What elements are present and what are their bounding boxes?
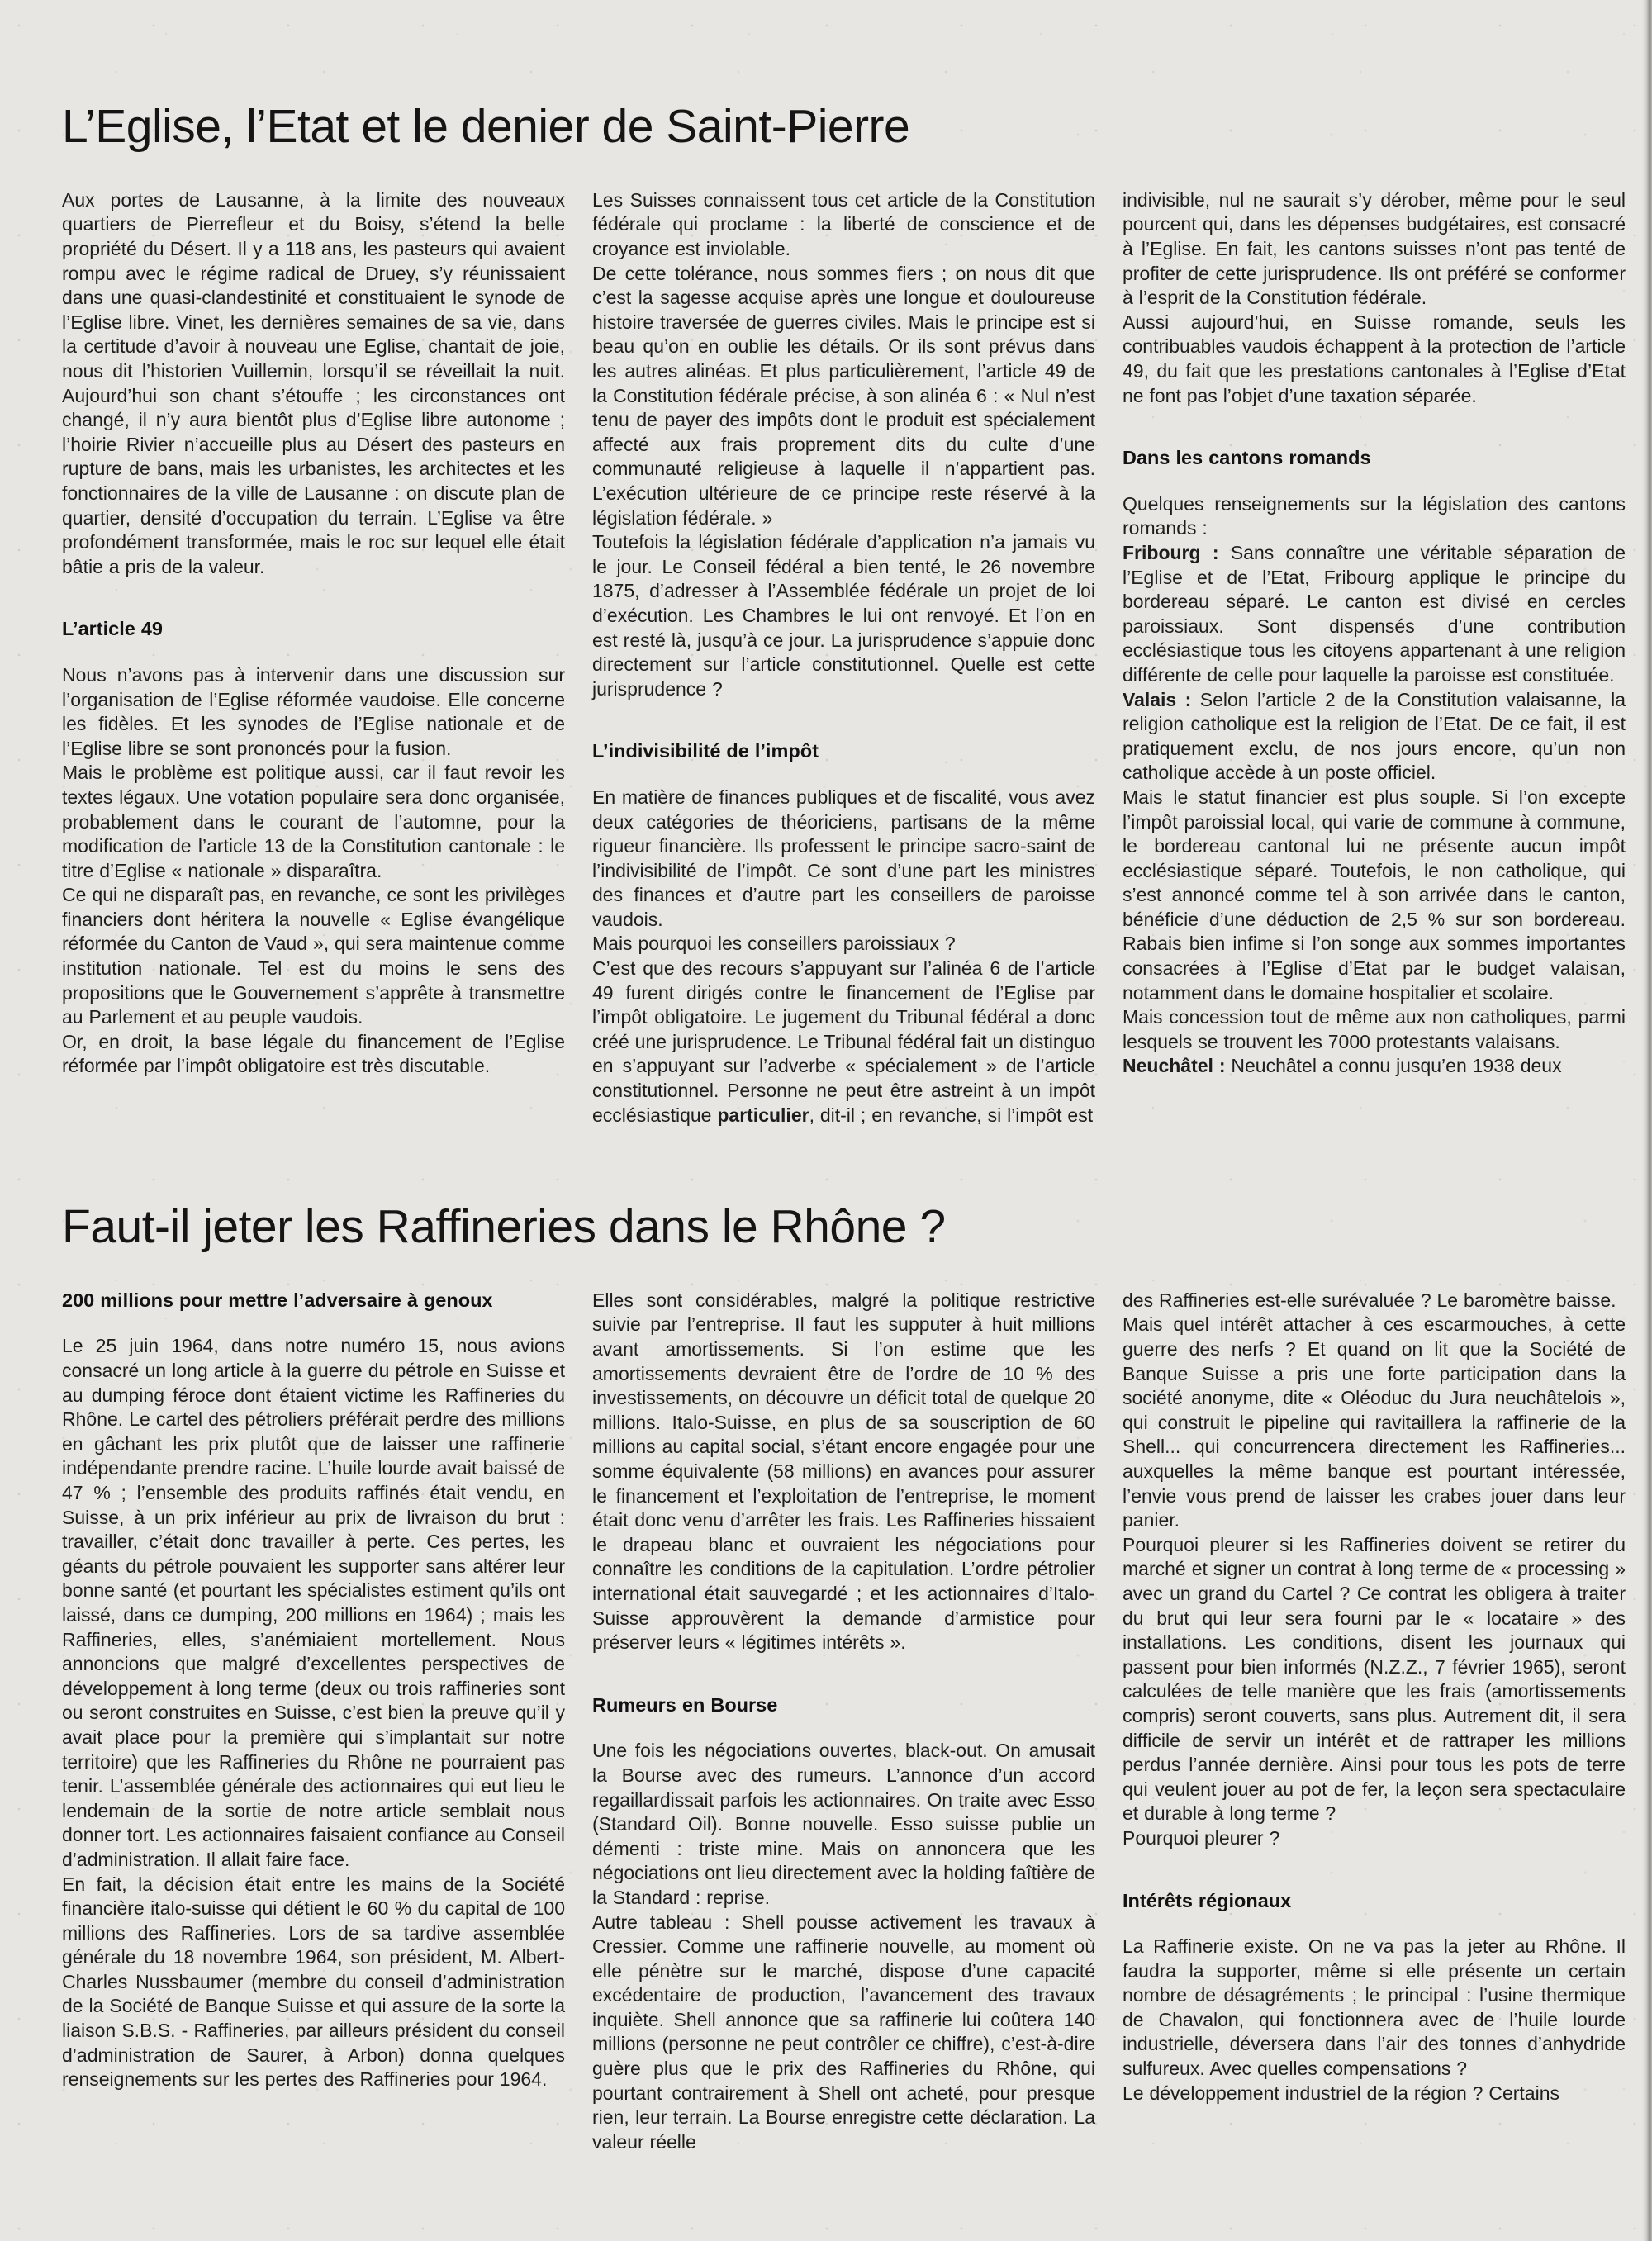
paragraph: Mais pourquoi les conseillers paroissiau… [592,932,1095,957]
body-text: C’est que des recours s’appuyant sur l’a… [592,957,1095,1126]
paragraph: C’est que des recours s’appuyant sur l’a… [592,957,1095,1128]
body-text: En matière de finances publiques et de f… [592,786,1095,930]
paragraph: Pourquoi pleurer ? [1123,1826,1626,1851]
paragraph: Les Suisses connaissent tous cet article… [592,188,1095,262]
paragraph: Une fois les négociations ouvertes, blac… [592,1739,1095,1910]
paragraph: Nous n’avons pas à intervenir dans une d… [62,663,565,761]
paragraph: Autre tableau : Shell pousse activement … [592,1911,1095,2155]
body-text: Selon l’article 2 de la Constitution val… [1123,689,1626,784]
bold-text: Fribourg : [1123,542,1219,563]
body-text: Le développement industriel de la région… [1123,2082,1559,2104]
paragraph: Neuchâtel : Neuchâtel a connu jusqu’en 1… [1123,1054,1626,1079]
paragraph: La Raffinerie existe. On ne va pas la je… [1123,1935,1626,2082]
body-text: indivisible, nul ne saurait s’y dérober,… [1123,189,1626,308]
paragraph: En matière de finances publiques et de f… [592,786,1095,933]
body-text: Or, en droit, la base légale du financem… [62,1031,565,1077]
paragraph: indivisible, nul ne saurait s’y dérober,… [1123,188,1626,311]
body-text: Les Suisses connaissent tous cet article… [592,189,1095,259]
paragraph: Aux portes de Lausanne, à la limite des … [62,188,565,580]
paragraph: Mais concession tout de même aux non cat… [1123,1005,1626,1054]
body-text: Ce qui ne disparaît pas, en revanche, ce… [62,884,565,1028]
section-heading: Intérêts régionaux [1123,1889,1626,1914]
body-text: Neuchâtel a connu jusqu’en 1938 deux [1225,1055,1561,1076]
body-text: De cette tolérance, nous sommes fiers ; … [592,263,1095,529]
text-column: indivisible, nul ne saurait s’y dérober,… [1123,188,1626,1128]
bold-text: particulier [717,1104,809,1126]
section-heading: 200 millions pour mettre l’adversaire à … [62,1289,565,1313]
body-text: Elles sont considérables, malgré la poli… [592,1289,1095,1653]
article-0-columns: Aux portes de Lausanne, à la limite des … [62,188,1626,1128]
bold-text: Valais : [1123,689,1191,710]
section-heading: L’indivisibilité de l’impôt [592,739,1095,764]
body-text: Quelques renseignements sur la législati… [1123,493,1626,539]
section-heading: Dans les cantons romands [1123,446,1626,471]
scan-edge-shadow [1642,0,1652,2241]
paragraph: Aussi aujourd’hui, en Suisse romande, se… [1123,311,1626,408]
article-raffineries-rhone: Faut-il jeter les Raffineries dans le Rh… [62,1203,1626,2154]
paragraph: Or, en droit, la base légale du financem… [62,1030,565,1079]
newspaper-page: L’Eglise, l’Etat et le denier de Saint-P… [0,0,1652,2241]
paragraph: Pourquoi pleurer si les Raffineries doiv… [1123,1533,1626,1826]
body-text: Toutefois la législation fédérale d’appl… [592,531,1095,700]
paragraph: Le 25 juin 1964, dans notre numéro 15, n… [62,1334,565,1872]
text-column: des Raffineries est-elle surévaluée ? Le… [1123,1289,1626,2155]
body-text: Mais quel intérêt attacher à ces escarmo… [1123,1313,1626,1531]
paragraph: Ce qui ne disparaît pas, en revanche, ce… [62,883,565,1030]
paragraph: Mais quel intérêt attacher à ces escarmo… [1123,1313,1626,1532]
paragraph: De cette tolérance, nous sommes fiers ; … [592,262,1095,531]
paragraph: Fribourg : Sans connaître une véritable … [1123,541,1626,688]
body-text: Sans connaître une véritable séparation … [1123,542,1626,686]
paragraph: Mais le problème est politique aussi, ca… [62,761,565,883]
body-text: La Raffinerie existe. On ne va pas la je… [1123,1935,1626,2079]
paragraph: Valais : Selon l’article 2 de la Constit… [1123,688,1626,786]
paragraph: En fait, la décision était entre les mai… [62,1873,565,2092]
body-text: Mais concession tout de même aux non cat… [1123,1006,1626,1052]
body-text: En fait, la décision était entre les mai… [62,1873,565,2091]
body-text: Le 25 juin 1964, dans notre numéro 15, n… [62,1335,565,1869]
bold-text: Neuchâtel : [1123,1055,1225,1076]
body-text: Pourquoi pleurer ? [1123,1827,1279,1849]
paragraph: Quelques renseignements sur la législati… [1123,492,1626,541]
text-column: 200 millions pour mettre l’adversaire à … [62,1289,565,2155]
paragraph: Mais le statut financier est plus souple… [1123,786,1626,1005]
body-text: Aussi aujourd’hui, en Suisse romande, se… [1123,311,1626,406]
article-title: Faut-il jeter les Raffineries dans le Rh… [62,1203,1626,1252]
section-heading: L’article 49 [62,617,565,642]
body-text: Mais pourquoi les conseillers paroissiau… [592,933,956,954]
body-text: Autre tableau : Shell pousse activement … [592,1911,1095,2153]
body-text: Une fois les négociations ouvertes, blac… [592,1740,1095,1908]
text-column: Aux portes de Lausanne, à la limite des … [62,188,565,1128]
paragraph: Toutefois la législation fédérale d’appl… [592,530,1095,701]
body-text: des Raffineries est-elle surévaluée ? Le… [1123,1289,1616,1311]
text-column: Les Suisses connaissent tous cet article… [592,188,1095,1128]
paragraph: Elles sont considérables, malgré la poli… [592,1289,1095,1655]
paragraph: des Raffineries est-elle surévaluée ? Le… [1123,1289,1626,1313]
section-heading: Rumeurs en Bourse [592,1693,1095,1718]
text-column: Elles sont considérables, malgré la poli… [592,1289,1095,2155]
paragraph: Le développement industriel de la région… [1123,2082,1626,2106]
body-text: , dit-il ; en revanche, si l’impôt est [809,1104,1094,1126]
body-text: Mais le statut financier est plus souple… [1123,786,1626,1004]
body-text: Nous n’avons pas à intervenir dans une d… [62,664,565,759]
article-eglise-etat-denier: L’Eglise, l’Etat et le denier de Saint-P… [62,102,1626,1128]
body-text: Aux portes de Lausanne, à la limite des … [62,189,565,577]
body-text: Pourquoi pleurer si les Raffineries doiv… [1123,1534,1626,1825]
body-text: Mais le problème est politique aussi, ca… [62,762,565,881]
article-1-columns: 200 millions pour mettre l’adversaire à … [62,1289,1626,2155]
article-title: L’Eglise, l’Etat et le denier de Saint-P… [62,102,1626,152]
